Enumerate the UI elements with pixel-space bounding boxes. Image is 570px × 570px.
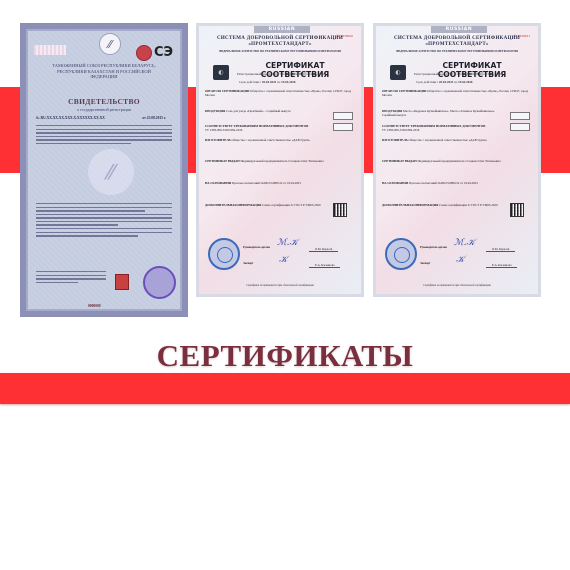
document-body-text <box>36 125 172 146</box>
reg-label: Регистрационный номер <box>237 72 270 76</box>
section-text: Соль для ухода «Целебный»... Серийный вы… <box>226 109 291 113</box>
section-basis: НА ОСНОВАНИИ Протокол испытаний №2ИОЭ-0В… <box>382 182 506 186</box>
section-extra: ДОПОЛНИТЕЛЬНАЯ ИНФОРМАЦИЯ Схема сертифик… <box>382 204 506 208</box>
section-text: Схема сертификации 3с ГОСТ Р 53603-2020 <box>439 203 497 207</box>
signature-head-icon: ℳ.𝒦 <box>454 238 475 248</box>
signature-head-icon: ℳ.𝒦 <box>277 238 298 248</box>
certificate-footer: Сертификат не применяется при обязательн… <box>207 284 353 287</box>
term-to: по <box>454 80 457 84</box>
document-body-text <box>36 203 172 239</box>
section-text: Общество с ограниченной ответственностью… <box>408 138 487 142</box>
section-extra: ДОПОЛНИТЕЛЬНАЯ ИНФОРМАЦИЯ Схема сертифик… <box>205 204 329 208</box>
section-text: ТУ 2383-009-33023384-2016 <box>382 128 419 132</box>
section-label: СЕРТИФИКАТ ВЫДАН <box>382 159 417 163</box>
valid-to: 19.04.2026 <box>458 80 472 84</box>
section-organ: ОРГАН ПО СЕРТИФИКАЦИИ Общество с огранич… <box>205 90 355 98</box>
section-label: ПРОДУКЦИЯ <box>205 109 225 113</box>
document-subtitle: о государственной регистрации <box>28 107 180 112</box>
section-basis: НА ОСНОВАНИИ Протокол испытаний №2ИОЭ-0В… <box>205 182 329 186</box>
certificate-banner: RUSSIAN FEDERATION <box>431 26 487 33</box>
section-label: ДОПОЛНИТЕЛЬНАЯ ИНФОРМАЦИЯ <box>382 203 438 207</box>
registration-number: Регистрационный номер РОСС RU.32001.04ИБ… <box>414 72 532 76</box>
section-product: ПРОДУКЦИЯ Масло «Кедровое Кузнейкинское»… <box>382 110 506 118</box>
valid-to: 19.04.2026 <box>281 80 295 84</box>
blue-seal-icon <box>385 238 417 270</box>
reg-number: РОСС RU.32001.04ИБФ0.ОСП28.32369 <box>448 72 502 76</box>
section-manufacturer: ИЗГОТОВИТЕЛЬ Общество с ограниченной отв… <box>205 139 355 143</box>
qr-code-icon <box>510 203 524 217</box>
blue-seal-icon <box>143 266 176 299</box>
blue-seal-icon <box>208 238 240 270</box>
ce-mark-icon: CЭ <box>154 45 173 60</box>
certificate-banner: RUSSIAN FEDERATION <box>254 26 310 33</box>
term-label: Срок действия с <box>239 80 261 84</box>
section-text: Протокол испытаний №2ИОЭ-0ВИ/22 от 19.04… <box>409 181 478 185</box>
term-label: Срок действия с <box>416 80 438 84</box>
section-label: НА ОСНОВАНИИ <box>382 181 408 185</box>
validity-term: Срок действия с 20.04.2023 по 19.04.2026 <box>239 80 355 84</box>
section-conformity: СООТВЕТСТВУЕТ ТРЕБОВАНИЯМ НОРМАТИВНЫХ ДО… <box>382 125 506 133</box>
validity-term: Срок действия с 20.04.2023 по 19.04.2026 <box>416 80 532 84</box>
section-text: Протокол испытаний №2ИОЭ-0ВИ/22 от 19.04… <box>232 181 301 185</box>
section-label: ИЗГОТОВИТЕЛЬ <box>382 138 408 142</box>
red-band-bottom <box>0 373 570 404</box>
document-footer-text <box>36 271 106 285</box>
valid-from: 20.04.2023 <box>439 80 453 84</box>
agency-name: ФЕДЕРАЛЬНОЕ АГЕНТСТВО ПО ТЕХНИЧЕСКОМУ РЕ… <box>382 50 532 53</box>
head-name: О.М. Карасев <box>309 247 338 252</box>
section-label: СЕРТИФИКАТ ВЫДАН <box>205 159 240 163</box>
certification-emblem-icon: ◐ <box>390 65 406 80</box>
certificate-image-conformity-1[interactable]: RUSSIAN FEDERATION № 0258910 СИСТЕМА ДОБ… <box>196 23 364 297</box>
okpd-code-box <box>510 112 530 120</box>
red-seal-icon <box>136 45 152 61</box>
document-org-header: ТАМОЖЕННЫЙ СОЮЗ РЕСПУБЛИКИ БЕЛАРУСЬ, РЕС… <box>48 63 160 80</box>
reg-label: Регистрационный номер <box>414 72 447 76</box>
certification-system: СИСТЕМА ДОБРОВОЛЬНОЙ СЕРТИФИКАЦИИ «ПРОМТ… <box>376 36 538 48</box>
okpd-code-box <box>333 112 353 120</box>
expert-label: Эксперт <box>420 262 430 265</box>
section-issued: СЕРТИФИКАТ ВЫДАН Индивидуальный предприн… <box>382 160 532 164</box>
section-text: Общество с ограниченной ответственностью… <box>231 138 310 142</box>
certificate-title: СЕРТИФИКАТ СООТВЕТСТВИЯ <box>235 61 355 79</box>
section-label: ИЗГОТОВИТЕЛЬ <box>205 138 231 142</box>
certification-emblem-icon: ◐ <box>213 65 229 80</box>
qr-code-icon <box>333 203 347 217</box>
section-issued: СЕРТИФИКАТ ВЫДАН Индивидуальный предприн… <box>205 160 355 164</box>
section-organ: ОРГАН ПО СЕРТИФИКАЦИИ Общество с огранич… <box>382 90 532 98</box>
reg-number: РОСС RU.32001.04ИБФ0.ОСП28.32368 <box>271 72 325 76</box>
eurasec-logo-icon: ⁄⁄ <box>99 33 121 55</box>
section-text: ТУ 2383-009-33023384-2016 <box>205 128 242 132</box>
document-title: СВИДЕТЕЛЬСТВО <box>28 97 180 106</box>
certificate-image-conformity-2[interactable]: RUSSIAN FEDERATION № 0258911 СИСТЕМА ДОБ… <box>373 23 541 297</box>
section-product: ПРОДУКЦИЯ Соль для ухода «Целебный»... С… <box>205 110 329 114</box>
hologram-strip <box>34 45 66 55</box>
term-to: по <box>277 80 280 84</box>
red-stamp-icon <box>115 274 129 290</box>
document-serial: 0000000 <box>88 304 101 308</box>
document-number: № RU.XX.XX.XX.XXX.X.XXXXXX.XX.XX <box>36 116 105 120</box>
document-frame: ⁄⁄ CЭ ТАМОЖЕННЫЙ СОЮЗ РЕСПУБЛИКИ БЕЛАРУС… <box>26 29 182 311</box>
section-text: Индивидуальный предприниматель Стоцкова … <box>417 159 500 163</box>
expert-name: Е.А. Касьянова <box>309 263 340 268</box>
head-label: Руководитель органа <box>243 246 270 249</box>
certificate-title: СЕРТИФИКАТ СООТВЕТСТВИЯ <box>412 61 532 79</box>
certification-system: СИСТЕМА ДОБРОВОЛЬНОЙ СЕРТИФИКАЦИИ «ПРОМТ… <box>199 36 361 48</box>
page-title: СЕРТИФИКАТЫ <box>0 338 570 374</box>
head-name: О.М. Карасев <box>486 247 515 252</box>
tnved-code-box <box>333 123 353 131</box>
section-conformity: СООТВЕТСТВУЕТ ТРЕБОВАНИЯМ НОРМАТИВНЫХ ДО… <box>205 125 329 133</box>
signature-expert-icon: 𝒦 <box>456 255 464 265</box>
certificate-image-state-registration[interactable]: ⁄⁄ CЭ ТАМОЖЕННЫЙ СОЮЗ РЕСПУБЛИКИ БЕЛАРУС… <box>20 23 188 317</box>
tnved-code-box <box>510 123 530 131</box>
valid-from: 20.04.2023 <box>262 80 276 84</box>
certificate-footer: Сертификат не применяется при обязательн… <box>384 284 530 287</box>
system-name: «ПРОМТЕХСТАНДАРТ» <box>376 42 538 48</box>
section-label: НА ОСНОВАНИИ <box>205 181 231 185</box>
signature-expert-icon: 𝒦 <box>279 255 287 265</box>
head-label: Руководитель органа <box>420 246 447 249</box>
section-text: Схема сертификации 3с ГОСТ Р 53603-2020 <box>262 203 320 207</box>
expert-name: Е.А. Касьянова <box>486 263 517 268</box>
section-label: ДОПОЛНИТЕЛЬНАЯ ИНФОРМАЦИЯ <box>205 203 261 207</box>
watermark-logo-icon: ⁄⁄ <box>88 149 134 195</box>
section-manufacturer: ИЗГОТОВИТЕЛЬ Общество с ограниченной отв… <box>382 139 532 143</box>
system-name: «ПРОМТЕХСТАНДАРТ» <box>199 42 361 48</box>
registration-number: Регистрационный номер РОСС RU.32001.04ИБ… <box>237 72 355 76</box>
document-date: от 25.08.2015 г. <box>142 116 166 120</box>
expert-label: Эксперт <box>243 262 253 265</box>
section-text: Индивидуальный предприниматель Стоцкова … <box>240 159 323 163</box>
agency-name: ФЕДЕРАЛЬНОЕ АГЕНТСТВО ПО ТЕХНИЧЕСКОМУ РЕ… <box>205 50 355 53</box>
